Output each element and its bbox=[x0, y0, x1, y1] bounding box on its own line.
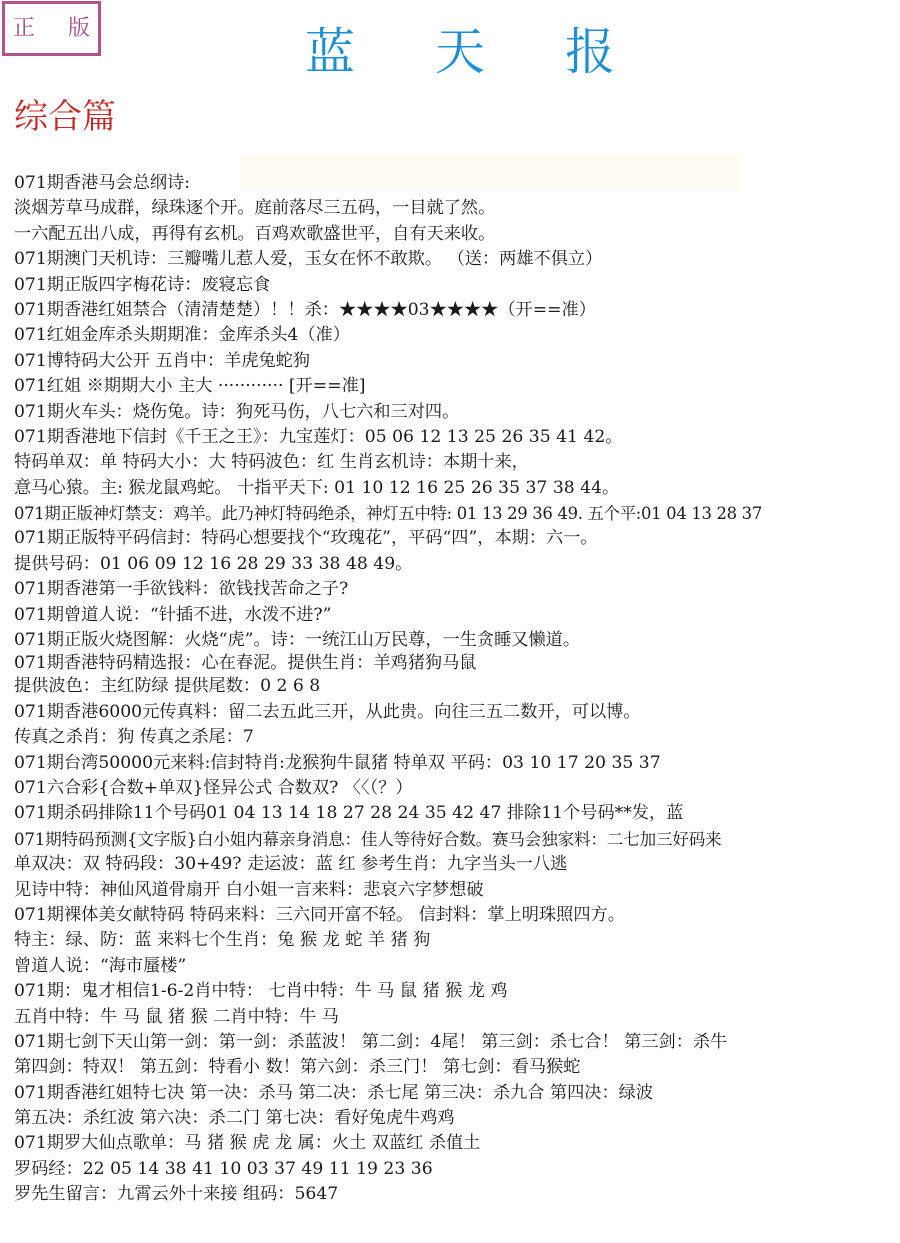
text-line: 第四剑：特双！ 第五剑：特看小 数！第六剑：杀三门！ 第七剑：看马猴蛇 bbox=[14, 1055, 900, 1080]
section-title: 综合篇 bbox=[14, 94, 116, 140]
text-line: 特主：绿、防：蓝 来料七个生肖：兔 猴 龙 蛇 羊 猪 狗 bbox=[14, 928, 900, 953]
text-line: 071期香港地下信封《千王之王》：九宝莲灯：05 06 12 13 25 26 … bbox=[14, 425, 900, 450]
text-line: 提供波色：主红防绿 提供尾数：0 2 6 8 bbox=[14, 674, 900, 699]
text-line: 意马心猿。主: 猴龙鼠鸡蛇。 十指平天下: 01 10 12 16 25 26 … bbox=[14, 476, 900, 501]
text-line: 071期特码预测{文字版}白小姐内幕亲身消息：佳人等待好合数。赛马会独家料：二七… bbox=[14, 827, 900, 852]
text-line: 071期火车头：烧伤兔。诗：狗死马伤，八七六和三对四。 bbox=[14, 400, 900, 425]
text-line: 071期澳门天机诗：三瓣嘴儿惹人爱，玉女在怀不敢欺。 （送：两雄不俱立） bbox=[14, 247, 900, 272]
text-line: 071红姐金库杀头期期准：金库杀头4（准） bbox=[14, 323, 900, 348]
text-line: 提供号码：01 06 09 12 16 28 29 33 38 48 49。 bbox=[14, 552, 900, 577]
text-line: 淡烟芳草马成群，绿珠逐个开。庭前落尽三五码，一目就了然。 bbox=[14, 196, 900, 221]
content-body: 071期香港马会总纲诗: 淡烟芳草马成群，绿珠逐个开。庭前落尽三五码，一目就了然… bbox=[14, 171, 900, 1208]
text-line: 第五决：杀红波 第六决：杀二门 第七决：看好兔虎牛鸡鸡 bbox=[14, 1106, 900, 1131]
text-line: 071期正版火烧图解：火烧“虎”。诗：一统江山万民尊，一生贪睡又懒道。 bbox=[14, 628, 900, 653]
text-line: 071期香港第一手欲钱料：欲钱找苦命之子? bbox=[14, 577, 900, 602]
text-line: 071期杀码排除11个号码01 04 13 14 18 27 28 24 35 … bbox=[14, 801, 900, 826]
text-line: 071期正版四字梅花诗：废寝忘食 bbox=[14, 273, 900, 298]
text-line: 一六配五出八成，再得有玄机。百鸡欢歌盛世平，自有天来收。 bbox=[14, 222, 900, 247]
text-line: 071期香港红姐禁合（清清楚楚）！！杀：★★★★03★★★★（开==准） bbox=[14, 298, 900, 323]
masthead-char-2: 天 bbox=[430, 24, 490, 80]
text-line: 单双决：双 特码段：30+49? 走运波：蓝 红 参考生肖：九字当头一八逃 bbox=[14, 852, 900, 877]
text-line: 071六合彩{合数+单双}怪异公式 合数双? 〈〈（？） bbox=[14, 776, 900, 801]
text-line: 071期罗大仙点歌单：马 猪 猴 虎 龙 属：火土 双蓝红 杀值土 bbox=[14, 1131, 900, 1156]
text-line: 071期香港6000元传真料：留二去五此三开，从此贵。向往三五二数开，可以博。 bbox=[14, 700, 900, 725]
masthead-title: 蓝 天 报 bbox=[300, 24, 620, 80]
text-line: 071期七剑下天山第一剑：第一剑：杀蓝波！ 第二剑：4尾！ 第三剑：杀七合！ 第… bbox=[14, 1030, 900, 1055]
text-line: 见诗中特：神仙风道骨扇开 白小姐一言来料：悲哀六字梦想破 bbox=[14, 878, 900, 903]
text-line: 罗先生留言：九霄云外十来接 组码：5647 bbox=[14, 1182, 900, 1207]
masthead-char-3: 报 bbox=[560, 24, 620, 80]
text-line: 曾道人说：“海市蜃楼” bbox=[14, 954, 900, 979]
badge-char-2: 版 bbox=[68, 11, 90, 42]
text-line: 071期台湾50000元来料:信封特肖:龙猴狗牛鼠猪 特单双 平码：03 10 … bbox=[14, 751, 900, 776]
text-line: 传真之杀肖：狗 传真之杀尾：7 bbox=[14, 725, 900, 750]
text-line: 071期香港红姐特七决 第一决：杀马 第二决：杀七尾 第三决：杀九合 第四决：绿… bbox=[14, 1081, 900, 1106]
authentic-badge: 正 版 bbox=[2, 1, 101, 56]
text-line: 071期正版神灯禁支：鸡羊。此乃神灯特码绝杀，神灯五中特: 01 13 29 3… bbox=[14, 501, 900, 526]
text-line: 罗码经：22 05 14 38 41 10 03 37 49 11 19 23 … bbox=[14, 1157, 900, 1182]
text-line: 特码单双：单 特码大小：大 特码波色：红 生肖玄机诗：本期十来， bbox=[14, 450, 900, 475]
text-line: 071期裸体美女献特码 特码来料：三六同开富不轻。 信封料：掌上明珠照四方。 bbox=[14, 903, 900, 928]
text-line: 五肖中特：牛 马 鼠 猪 猴 二肖中特：牛 马 bbox=[14, 1005, 900, 1030]
text-line: 071期曾道人说：“针插不进，水泼不进?” bbox=[14, 603, 900, 628]
text-line: 071期香港马会总纲诗: bbox=[14, 171, 900, 196]
badge-char-1: 正 bbox=[13, 11, 35, 42]
text-line: 071红姐 ※期期大小 主大 ············ [开==准] bbox=[14, 374, 900, 399]
text-line: 071期香港特码精选报：心在春泥。提供生肖：羊鸡猪狗马鼠 bbox=[14, 653, 900, 674]
text-line: 071期正版特平码信封：特码心想要找个“玫瑰花”，平码“四”，本期：六一。 bbox=[14, 526, 900, 551]
text-line: 071期：鬼才相信1-6-2肖中特： 七肖中特：牛 马 鼠 猪 猴 龙 鸡 bbox=[14, 979, 900, 1004]
masthead-char-1: 蓝 bbox=[300, 24, 360, 80]
text-line: 071博特码大公开 五肖中：羊虎兔蛇狗 bbox=[14, 349, 900, 374]
